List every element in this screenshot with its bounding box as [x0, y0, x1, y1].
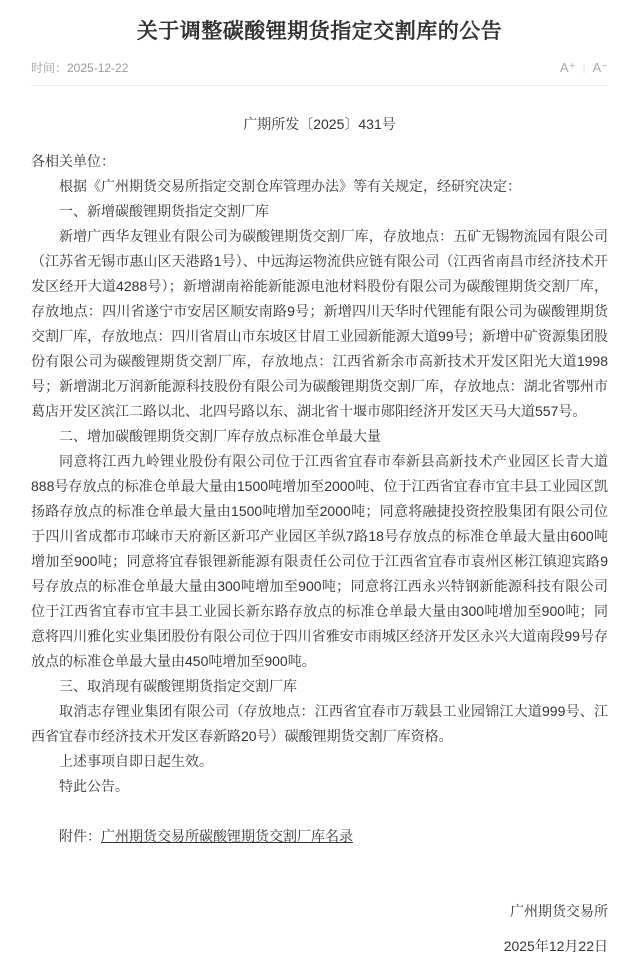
announcement-page: 关于调整碳酸锂期货指定交割库的公告 时间：2025-12-22 A⁺ | A⁻ … [0, 0, 639, 979]
publish-time: 时间：2025-12-22 [31, 59, 128, 76]
signature-block: 广州期货交易所 2025年12月22日 [31, 899, 608, 959]
signature-date: 2025年12月22日 [31, 934, 608, 959]
section-1-body: 新增广西华友锂业有限公司为碳酸锂期货交割厂库，存放地点：五矿无锡物流园有限公司（… [31, 224, 608, 424]
attachment-link[interactable]: 广州期货交易所碳酸锂期货交割厂库名录 [101, 828, 353, 844]
section-3-heading: 三、取消现有碳酸锂期货指定交割厂库 [31, 674, 608, 699]
announcement-body: 各相关单位： 根据《广州期货交易所指定交割仓库管理办法》等有关规定，经研究决定：… [31, 149, 608, 799]
section-3-body: 取消志存锂业集团有限公司（存放地点：江西省宜春市万载县工业园锦江大道999号、江… [31, 699, 608, 749]
font-controls-separator: | [583, 62, 586, 74]
font-size-controls: A⁺ | A⁻ [560, 61, 608, 74]
closing-paragraph: 特此公告。 [31, 774, 608, 799]
salutation: 各相关单位： [31, 149, 608, 174]
meta-row: 时间：2025-12-22 A⁺ | A⁻ [31, 59, 608, 76]
page-title: 关于调整碳酸锂期货指定交割库的公告 [31, 18, 608, 46]
signature-org: 广州期货交易所 [31, 899, 608, 924]
section-1-heading: 一、新增碳酸锂期货指定交割厂库 [31, 199, 608, 224]
attachment-row: 附件：广州期货交易所碳酸锂期货交割厂库名录 [31, 824, 608, 849]
header-divider [31, 85, 608, 86]
font-decrease-button[interactable]: A⁻ [592, 61, 608, 74]
font-increase-button[interactable]: A⁺ [560, 61, 576, 74]
attachment-label: 附件： [59, 828, 101, 844]
section-2-heading: 二、增加碳酸锂期货交割厂库存放点标准仓单最大量 [31, 424, 608, 449]
effective-date-paragraph: 上述事项自即日起生效。 [31, 749, 608, 774]
intro-paragraph: 根据《广州期货交易所指定交割仓库管理办法》等有关规定，经研究决定： [31, 174, 608, 199]
document-number: 广期所发〔2025〕431号 [31, 114, 608, 134]
section-2-body: 同意将江西九岭锂业股份有限公司位于江西省宜春市奉新县高新技术产业园区长青大道88… [31, 449, 608, 674]
